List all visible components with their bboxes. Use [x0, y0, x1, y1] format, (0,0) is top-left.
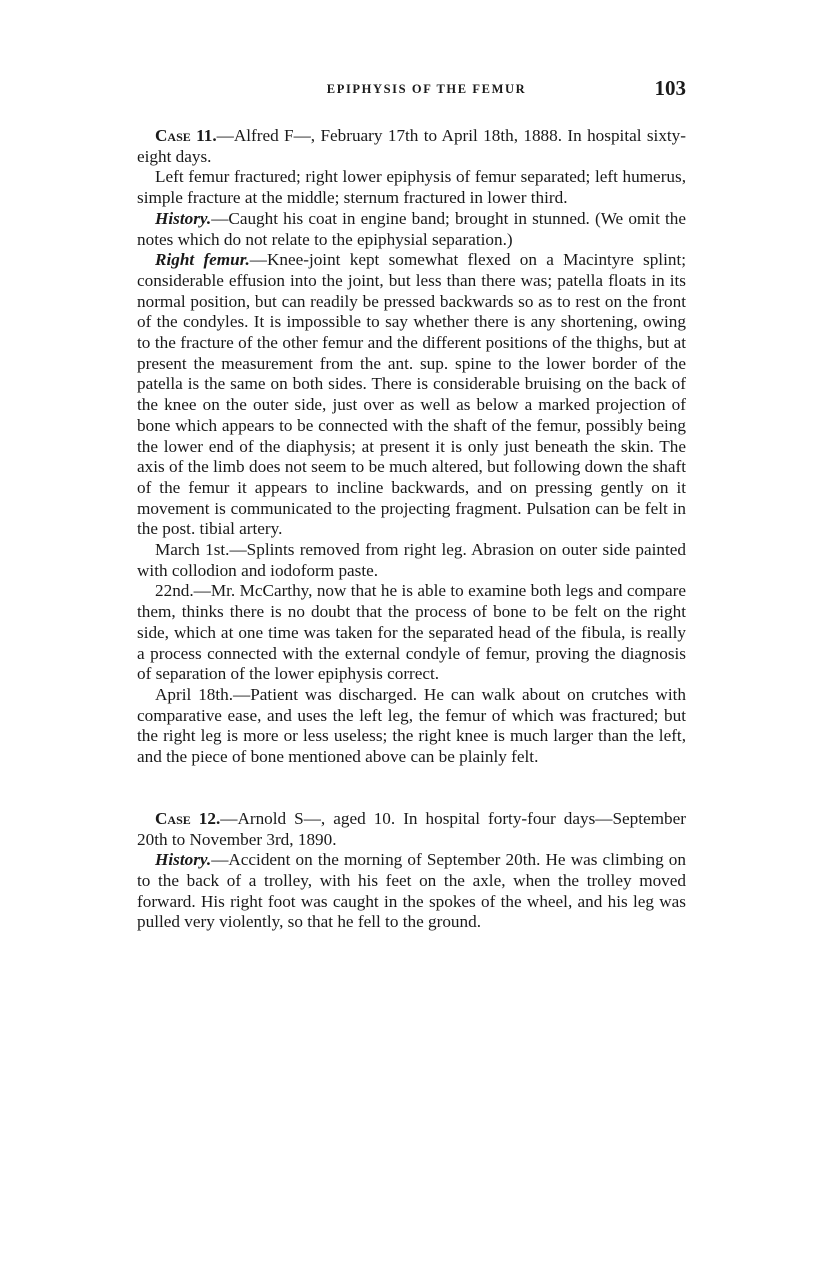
- case-11-heading: Case 11.—Alfred F—, February 17th to Apr…: [137, 126, 686, 167]
- history-text: —Caught his coat in engine band; brought…: [137, 209, 686, 249]
- case-11-april-18: April 18th.—Patient was discharged. He c…: [137, 685, 686, 768]
- running-head: EPIPHYSIS OF THE FEMUR 103: [137, 76, 686, 102]
- right-femur-label: Right femur.: [155, 250, 250, 269]
- section-gap: [137, 768, 686, 809]
- history-label: History.: [155, 850, 211, 869]
- case-11-right-femur: Right femur.—Knee-joint kept somewhat fl…: [137, 250, 686, 540]
- case-11-march-1: March 1st.—Splints removed from right le…: [137, 540, 686, 581]
- body-text: Case 11.—Alfred F—, February 17th to Apr…: [137, 126, 686, 933]
- history-label: History.: [155, 209, 211, 228]
- case-label: Case 12.: [155, 809, 220, 828]
- case-12-history: History.—Accident on the morning of Sept…: [137, 850, 686, 933]
- case-11-injuries: Left femur fractured; right lower epiphy…: [137, 167, 686, 208]
- page-number: 103: [655, 76, 687, 101]
- case-11: Case 11.—Alfred F—, February 17th to Apr…: [137, 126, 686, 768]
- case-heading-text: —Alfred F—, February 17th to April 18th,…: [137, 126, 686, 166]
- case-12: Case 12.—Arnold S—, aged 10. In hospital…: [137, 809, 686, 933]
- case-11-history: History.—Caught his coat in engine band;…: [137, 209, 686, 250]
- case-heading-text: —Arnold S—, aged 10. In hospital forty-f…: [137, 809, 686, 849]
- running-title: EPIPHYSIS OF THE FEMUR: [137, 82, 686, 97]
- right-femur-text: —Knee-joint kept somewhat flexed on a Ma…: [137, 250, 686, 538]
- case-label: Case 11.: [155, 126, 217, 145]
- history-text: —Accident on the morning of September 20…: [137, 850, 686, 931]
- case-12-heading: Case 12.—Arnold S—, aged 10. In hospital…: [137, 809, 686, 850]
- case-11-march-22: 22nd.—Mr. McCarthy, now that he is able …: [137, 581, 686, 685]
